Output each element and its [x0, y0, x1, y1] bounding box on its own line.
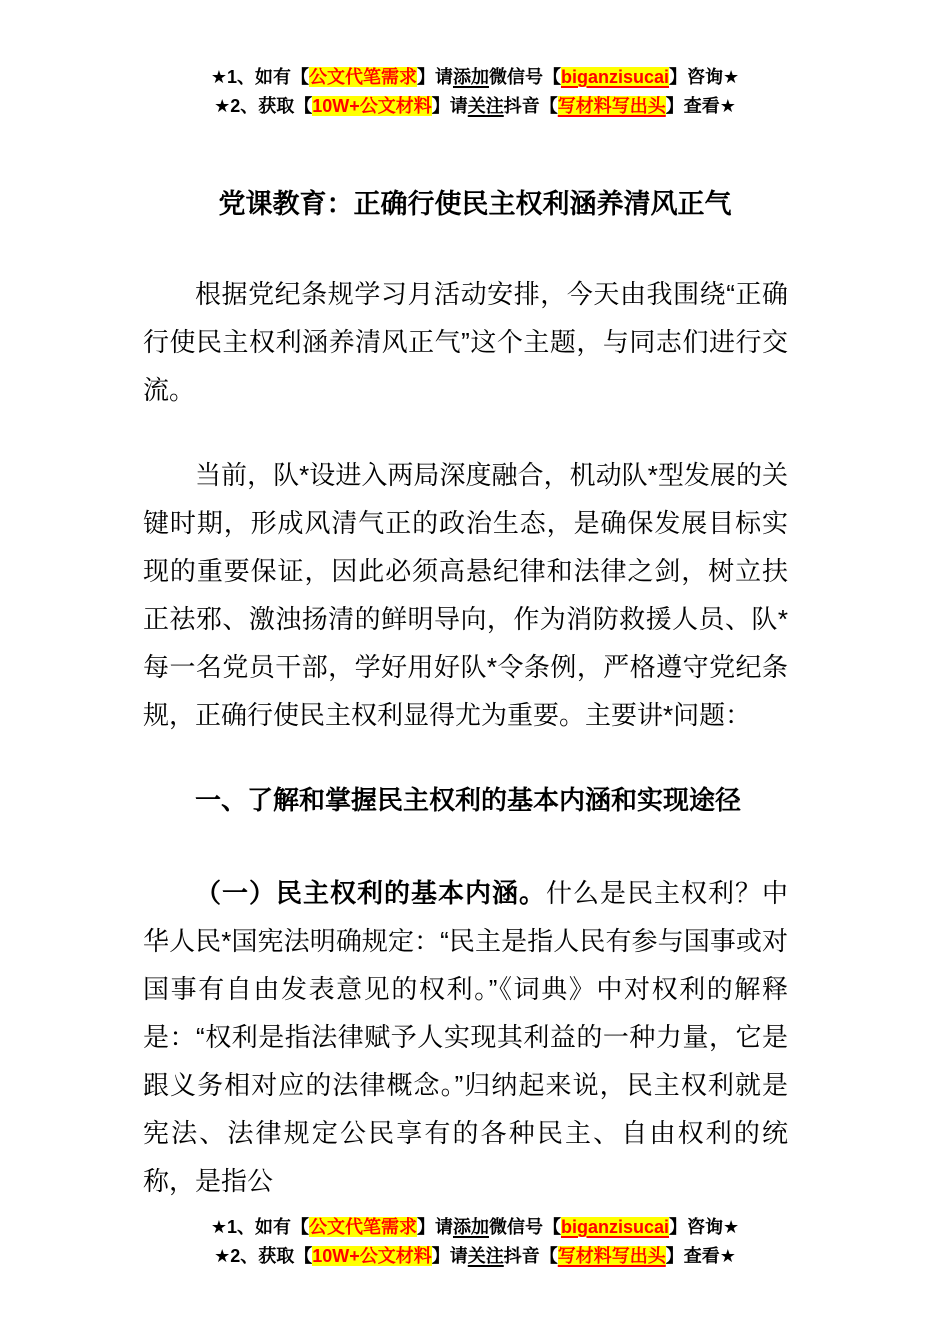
- promo-segment-plain: ★2、获取【: [214, 96, 312, 116]
- promo-segment-plain: 】查看★: [666, 96, 736, 116]
- promo-segment-plain: 微信号【: [489, 1217, 561, 1237]
- promo-segment-u: 关注: [468, 96, 504, 116]
- promo-segment-hl-red-u: biganzisucai: [561, 1217, 669, 1237]
- promo-segment-plain: 微信号【: [489, 67, 561, 87]
- promo-segment-plain: ★1、如有【: [211, 1217, 309, 1237]
- promo-segment-hl-red-u: 写材料写出头: [558, 96, 666, 116]
- header-promo-line-1: ★1、如有【公文代笔需求】请添加微信号【biganzisucai】咨询★: [0, 63, 950, 92]
- promo-segment-hl-red: 公文代笔需求: [309, 1217, 417, 1237]
- promo-segment-plain: ★2、获取【: [214, 1246, 312, 1266]
- paragraph-section-1-1: （一）民主权利的基本内涵。什么是民主权利？中华人民*国宪法明确规定：“民主是指人…: [143, 869, 788, 1205]
- promo-segment-plain: ★1、如有【: [211, 67, 309, 87]
- promo-segment-hl-red: 10W+公文材料: [312, 1246, 432, 1266]
- promo-segment-plain: 抖音【: [504, 1246, 558, 1266]
- header-promo-line-2: ★2、获取【10W+公文材料】请关注抖音【写材料写出头】查看★: [0, 92, 950, 121]
- promo-segment-hl-red: 10W+公文材料: [312, 96, 432, 116]
- footer-promo-line-2: ★2、获取【10W+公文材料】请关注抖音【写材料写出头】查看★: [0, 1242, 950, 1271]
- promo-segment-plain: 】请: [432, 1246, 468, 1266]
- promo-segment-u: 添加: [453, 1217, 489, 1237]
- paragraph-context: 当前，队*设进入两局深度融合，机动队*型发展的关键时期，形成风清气正的政治生态，…: [143, 451, 788, 739]
- footer-promo-line-1: ★1、如有【公文代笔需求】请添加微信号【biganzisucai】咨询★: [0, 1213, 950, 1242]
- promo-segment-hl-red-u: biganzisucai: [561, 67, 669, 87]
- paragraph-section-1-1-body: 什么是民主权利？中华人民*国宪法明确规定：“民主是指人民有参与国事或对国事有自由…: [143, 878, 788, 1196]
- promo-segment-hl-red-u: 写材料写出头: [558, 1246, 666, 1266]
- paragraph-section-1-1-lead: （一）民主权利的基本内涵。: [195, 878, 546, 908]
- promo-segment-u: 添加: [453, 67, 489, 87]
- promo-segment-plain: 】请: [417, 1217, 453, 1237]
- promo-segment-plain: 抖音【: [504, 96, 558, 116]
- header-promo: ★1、如有【公文代笔需求】请添加微信号【biganzisucai】咨询★ ★2、…: [0, 63, 950, 121]
- footer-promo: ★1、如有【公文代笔需求】请添加微信号【biganzisucai】咨询★ ★2、…: [0, 1213, 950, 1271]
- paragraph-intro: 根据党纪条规学习月活动安排，今天由我围绕“正确行使民主权利涵养清风正气”这个主题…: [143, 270, 788, 414]
- document-title: 党课教育：正确行使民主权利涵养清风正气: [0, 184, 950, 224]
- promo-segment-plain: 】请: [432, 96, 468, 116]
- promo-segment-plain: 】咨询★: [669, 1217, 739, 1237]
- promo-segment-hl-red: 公文代笔需求: [309, 67, 417, 87]
- promo-segment-u: 关注: [468, 1246, 504, 1266]
- promo-segment-plain: 】查看★: [666, 1246, 736, 1266]
- document-page: ★1、如有【公文代笔需求】请添加微信号【biganzisucai】咨询★ ★2、…: [0, 0, 950, 1344]
- section-heading-1: 一、了解和掌握民主权利的基本内涵和实现途径: [143, 776, 788, 824]
- document-body: 根据党纪条规学习月活动安排，今天由我围绕“正确行使民主权利涵养清风正气”这个主题…: [143, 270, 788, 1242]
- promo-segment-plain: 】咨询★: [669, 67, 739, 87]
- promo-segment-plain: 】请: [417, 67, 453, 87]
